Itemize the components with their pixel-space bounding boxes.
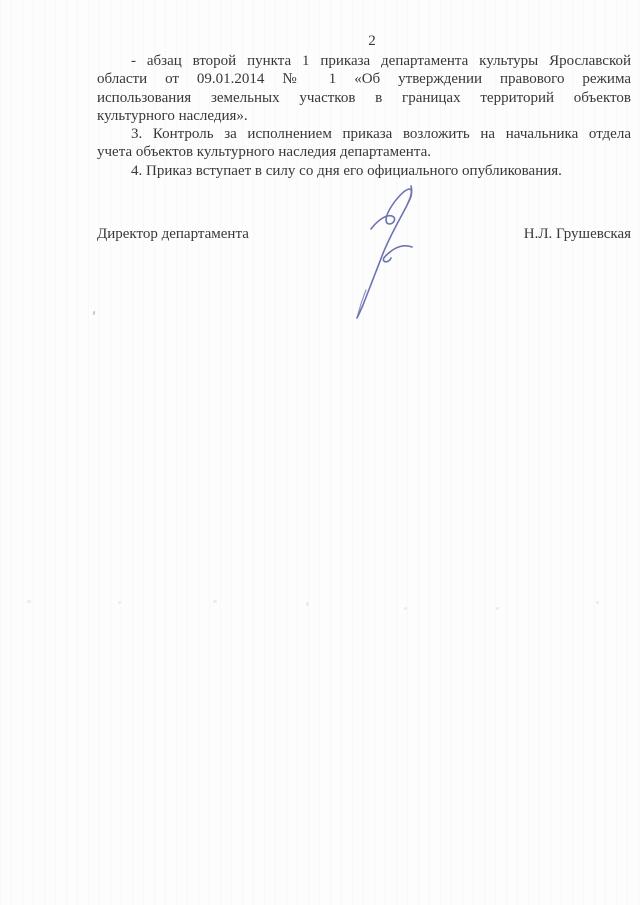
scan-speck [596,601,599,604]
signoff-role: Директор департамента [97,225,249,243]
scan-speck [27,600,31,603]
document-line: области от 09.01.2014 № 1 «Об утверждени… [97,70,631,88]
signoff-name: Н.Л. Грушевская [524,225,631,243]
scan-speck [496,607,499,610]
scan-speck [404,607,407,610]
page-number: 2 [97,32,631,50]
scan-speck [118,601,121,604]
document-line: использования земельных участков в грани… [97,89,631,107]
scanned-document-page: 2 - абзац второй пункта 1 приказа департ… [0,0,640,905]
handwritten-signature-ink [340,178,430,326]
document-line: - абзац второй пункта 1 приказа департам… [97,52,631,70]
document-line: культурного наследия». [97,107,631,125]
scan-speck [213,600,217,603]
document-line: 3. Контроль за исполнением приказа возло… [97,125,631,143]
scan-speck [92,311,95,315]
document-body: - абзац второй пункта 1 приказа департам… [97,52,631,180]
document-line: учета объектов культурного наследия депа… [97,143,631,161]
scan-speck [306,602,309,606]
